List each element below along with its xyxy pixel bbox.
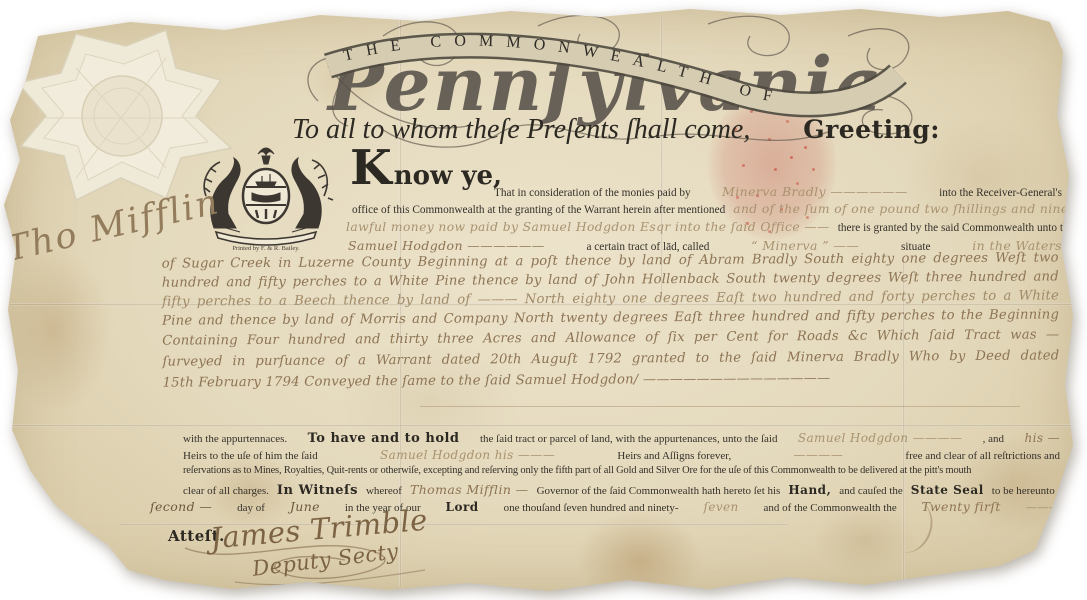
handwritten-rule: ———— bbox=[794, 448, 844, 462]
handwritten-rule: ——— bbox=[1026, 501, 1060, 514]
habendum-line-1: with the appurtennaces. To have and to h… bbox=[183, 431, 1060, 446]
handwritten-commonwealth-year: Twenty firſt bbox=[922, 499, 1001, 514]
handwritten-grantee-name: Samuel Hodgdon ———— bbox=[798, 431, 962, 445]
printed-text: the ſaid tract or parcel of land, with t… bbox=[480, 433, 778, 445]
description-line: of Sugar Creek in Luzerne County Beginni… bbox=[162, 250, 1059, 271]
description-line: Containing Four hundred and thirty three… bbox=[162, 327, 1059, 348]
printed-text: one thouſand ſeven hundred and ninety- bbox=[504, 502, 679, 514]
to-have-and-to-hold: To have and to hold bbox=[308, 431, 460, 446]
handwritten-his: his — bbox=[1024, 431, 1060, 445]
handwritten-day: ſecond — bbox=[150, 499, 212, 514]
document-photo: Pennſylvania THE COMMONWEALTH OF To all … bbox=[0, 0, 1087, 600]
handwritten-grantee-name: Samuel Hodgdon his ——— bbox=[380, 448, 555, 462]
printed-text: whereof bbox=[366, 485, 402, 497]
description-line: fifty perches to a Beech thence by land … bbox=[162, 288, 1059, 309]
habendum-line-3: reſervations as to Mines, Royalties, Qui… bbox=[183, 465, 1060, 476]
signature-flourish bbox=[175, 530, 465, 590]
handwritten-governor-name: Thomas Mifflin — bbox=[410, 482, 529, 497]
printed-text: day of bbox=[237, 502, 265, 514]
hand-word: Hand, bbox=[788, 483, 831, 497]
printed-text: , and bbox=[983, 433, 1004, 445]
description-line: hundred and fifty perches to a White Pin… bbox=[162, 269, 1059, 290]
handwritten-year: ſeven bbox=[704, 500, 739, 514]
printed-text: and of the Commonwealth the bbox=[764, 502, 897, 514]
printed-text: to be hereunto affixed the bbox=[992, 485, 1087, 497]
printed-text: Heirs to the uſe of him the ſaid bbox=[183, 450, 318, 462]
parchment-sheet: Pennſylvania THE COMMONWEALTH OF To all … bbox=[0, 0, 1087, 600]
printed-text: Governor of the ſaid Commonwealth hath h… bbox=[537, 485, 781, 497]
in-witness: In Witneſs bbox=[277, 483, 358, 498]
printed-text: and cauſed the bbox=[839, 485, 903, 497]
description-line: ſurveyed in purſuance of a Warrant dated… bbox=[162, 348, 1059, 369]
habendum-line-2: Heirs to the uſe of him the ſaid Samuel … bbox=[183, 448, 1060, 462]
description-line: Pine and thence by land of Morris and Co… bbox=[162, 307, 1059, 328]
witness-line: clear of all charges. In Witneſs whereof… bbox=[183, 482, 1060, 498]
printed-text: clear of all charges. bbox=[183, 485, 269, 497]
printed-text: with the appurtennaces. bbox=[183, 433, 287, 445]
description-line: 15th February 1794 Conveyed the ſame to … bbox=[163, 369, 1060, 390]
printed-text: reſervations as to Mines, Royalties, Qui… bbox=[183, 465, 971, 476]
state-seal-words: State Seal bbox=[911, 483, 984, 497]
parchment-surface: Pennſylvania THE COMMONWEALTH OF To all … bbox=[0, 0, 1087, 600]
lord-word: Lord bbox=[446, 500, 479, 514]
printed-text: free and clear of all reſtrictions and bbox=[905, 450, 1060, 462]
printed-text: Heirs and Aſſigns forever, bbox=[617, 450, 731, 462]
